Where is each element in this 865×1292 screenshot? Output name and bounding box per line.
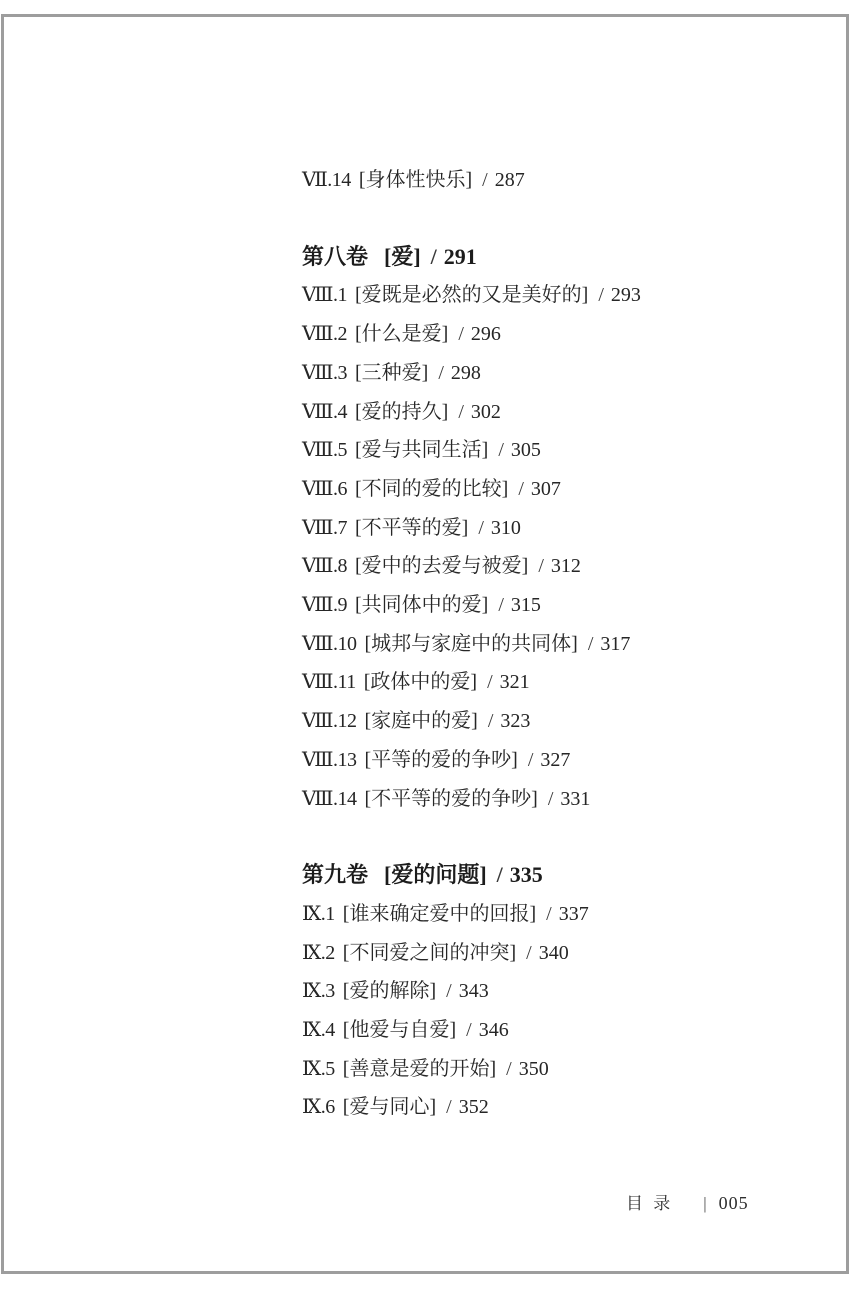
entry-title: [平等的爱的争吵] [365, 749, 518, 771]
entry-separator: / [498, 594, 504, 616]
entry-page: 307 [531, 478, 561, 500]
entry-page: 331 [560, 788, 590, 810]
entry-title: [爱的问题] [384, 862, 487, 887]
entry-title: [不平等的爱的争吵] [365, 788, 538, 810]
entry-page: 337 [559, 903, 589, 925]
entry-title: [不同的爱的比较] [355, 478, 508, 500]
footer-section-label: 目 录 [626, 1189, 671, 1214]
entry-page: 327 [540, 749, 570, 771]
entry-title: [爱既是必然的又是美好的] [355, 284, 588, 306]
toc-entry: Ⅷ.9[共同体中的爱]/315 [302, 586, 641, 625]
entry-title: [共同体中的爱] [355, 594, 488, 616]
toc-entry: Ⅸ.2[不同爱之间的冲突]/340 [302, 934, 641, 973]
entry-page: 291 [444, 244, 477, 269]
toc-entry: Ⅷ.8[爱中的去爱与被爱]/312 [302, 547, 641, 586]
toc-entry: Ⅷ.2[什么是爱]/296 [302, 315, 641, 354]
entry-separator: / [487, 671, 493, 693]
entry-number: Ⅷ.4 [302, 401, 347, 423]
toc-entry: Ⅸ.6[爱与同心]/352 [302, 1088, 641, 1127]
toc-section-heading: 第九卷[爱的问题]/335 [302, 856, 641, 895]
entry-number: Ⅷ.1 [302, 284, 347, 306]
toc-entry: Ⅷ.14[不平等的爱的争吵]/331 [302, 780, 641, 819]
entry-separator: / [546, 903, 552, 925]
entry-separator: / [466, 1019, 472, 1041]
entry-number: Ⅷ.14 [302, 788, 357, 810]
toc-entry: Ⅷ.4[爱的持久]/302 [302, 393, 641, 432]
entry-page: 340 [539, 942, 569, 964]
entry-page: 317 [600, 633, 630, 655]
toc-entry: Ⅷ.3[三种爱]/298 [302, 354, 641, 393]
toc-entry: Ⅸ.5[善意是爱的开始]/350 [302, 1050, 641, 1089]
entry-separator: / [482, 169, 488, 191]
entry-page: 343 [459, 980, 489, 1002]
entry-title: [爱] [384, 244, 421, 269]
entry-separator: / [548, 788, 554, 810]
toc-section-heading: 第八卷[爱]/291 [302, 238, 641, 277]
entry-page: 298 [451, 362, 481, 384]
entry-title: [城邦与家庭中的共同体] [365, 633, 578, 655]
toc-entry: Ⅸ.3[爱的解除]/343 [302, 972, 641, 1011]
entry-title: [身体性快乐] [359, 169, 472, 191]
entry-number: 第八卷 [302, 244, 368, 269]
entry-title: [不同爱之间的冲突] [343, 942, 516, 964]
entry-title: [爱的持久] [355, 401, 448, 423]
entry-separator: / [458, 401, 464, 423]
entry-page: 352 [459, 1096, 489, 1118]
entry-number: Ⅷ.7 [302, 517, 347, 539]
entry-page: 346 [479, 1019, 509, 1041]
entry-number: Ⅸ.1 [302, 903, 335, 925]
entry-page: 296 [471, 323, 501, 345]
entry-separator: / [446, 980, 452, 1002]
entry-separator: / [506, 1058, 512, 1080]
entry-number: Ⅸ.5 [302, 1058, 335, 1080]
entry-title: [他爱与自爱] [343, 1019, 456, 1041]
entry-separator: / [488, 710, 494, 732]
entry-number: Ⅷ.3 [302, 362, 347, 384]
entry-page: 315 [511, 594, 541, 616]
entry-page: 293 [611, 284, 641, 306]
table-of-contents: Ⅶ.14[身体性快乐]/287第八卷[爱]/291Ⅷ.1[爱既是必然的又是美好的… [302, 161, 641, 1127]
toc-entry: Ⅷ.7[不平等的爱]/310 [302, 509, 641, 548]
entry-page: 287 [495, 169, 525, 191]
toc-entry: Ⅷ.5[爱与共同生活]/305 [302, 431, 641, 470]
entry-title: [爱的解除] [343, 980, 436, 1002]
entry-title: [爱与共同生活] [355, 439, 488, 461]
toc-entry: Ⅷ.1[爱既是必然的又是美好的]/293 [302, 276, 641, 315]
toc-entry: Ⅶ.14[身体性快乐]/287 [302, 161, 641, 200]
entry-number: Ⅷ.8 [302, 555, 347, 577]
entry-separator: / [458, 323, 464, 345]
entry-number: Ⅷ.10 [302, 633, 357, 655]
entry-number: Ⅷ.6 [302, 478, 347, 500]
entry-separator: / [518, 478, 524, 500]
entry-title: [爱中的去爱与被爱] [355, 555, 528, 577]
entry-number: Ⅶ.14 [302, 169, 351, 191]
toc-entry: Ⅷ.6[不同的爱的比较]/307 [302, 470, 641, 509]
entry-title: [政体中的爱] [364, 671, 477, 693]
entry-title: [什么是爱] [355, 323, 448, 345]
entry-number: Ⅸ.2 [302, 942, 335, 964]
toc-entry: Ⅷ.10[城邦与家庭中的共同体]/317 [302, 625, 641, 664]
page-footer: 目 录 | 005 [626, 1189, 749, 1214]
entry-number: 第九卷 [302, 862, 368, 887]
footer-divider: | [703, 1194, 706, 1214]
entry-separator: / [438, 362, 444, 384]
entry-separator: / [478, 517, 484, 539]
entry-page: 310 [491, 517, 521, 539]
entry-title: [善意是爱的开始] [343, 1058, 496, 1080]
entry-page: 305 [511, 439, 541, 461]
entry-number: Ⅸ.3 [302, 980, 335, 1002]
entry-title: [爱与同心] [343, 1096, 436, 1118]
entry-page: 323 [500, 710, 530, 732]
entry-number: Ⅸ.4 [302, 1019, 335, 1041]
entry-separator: / [431, 244, 437, 269]
entry-number: Ⅷ.5 [302, 439, 347, 461]
entry-separator: / [497, 862, 503, 887]
entry-separator: / [446, 1096, 452, 1118]
toc-entry: Ⅷ.11[政体中的爱]/321 [302, 663, 641, 702]
toc-entry: Ⅷ.13[平等的爱的争吵]/327 [302, 741, 641, 780]
entry-title: [三种爱] [355, 362, 428, 384]
toc-entry: Ⅷ.12[家庭中的爱]/323 [302, 702, 641, 741]
entry-title: [家庭中的爱] [365, 710, 478, 732]
entry-page: 302 [471, 401, 501, 423]
entry-separator: / [538, 555, 544, 577]
entry-separator: / [528, 749, 534, 771]
entry-number: Ⅷ.9 [302, 594, 347, 616]
toc-entry: Ⅸ.4[他爱与自爱]/346 [302, 1011, 641, 1050]
entry-number: Ⅷ.2 [302, 323, 347, 345]
entry-separator: / [498, 439, 504, 461]
footer-page-number: 005 [719, 1193, 749, 1214]
entry-number: Ⅷ.13 [302, 749, 357, 771]
entry-title: [谁来确定爱中的回报] [343, 903, 536, 925]
entry-number: Ⅷ.12 [302, 710, 357, 732]
entry-page: 321 [500, 671, 530, 693]
entry-page: 335 [510, 862, 543, 887]
entry-title: [不平等的爱] [355, 517, 468, 539]
entry-number: Ⅸ.6 [302, 1096, 335, 1118]
entry-separator: / [588, 633, 594, 655]
entry-page: 350 [519, 1058, 549, 1080]
entry-separator: / [526, 942, 532, 964]
entry-page: 312 [551, 555, 581, 577]
entry-number: Ⅷ.11 [302, 671, 356, 693]
entry-separator: / [598, 284, 604, 306]
toc-entry: Ⅸ.1[谁来确定爱中的回报]/337 [302, 895, 641, 934]
